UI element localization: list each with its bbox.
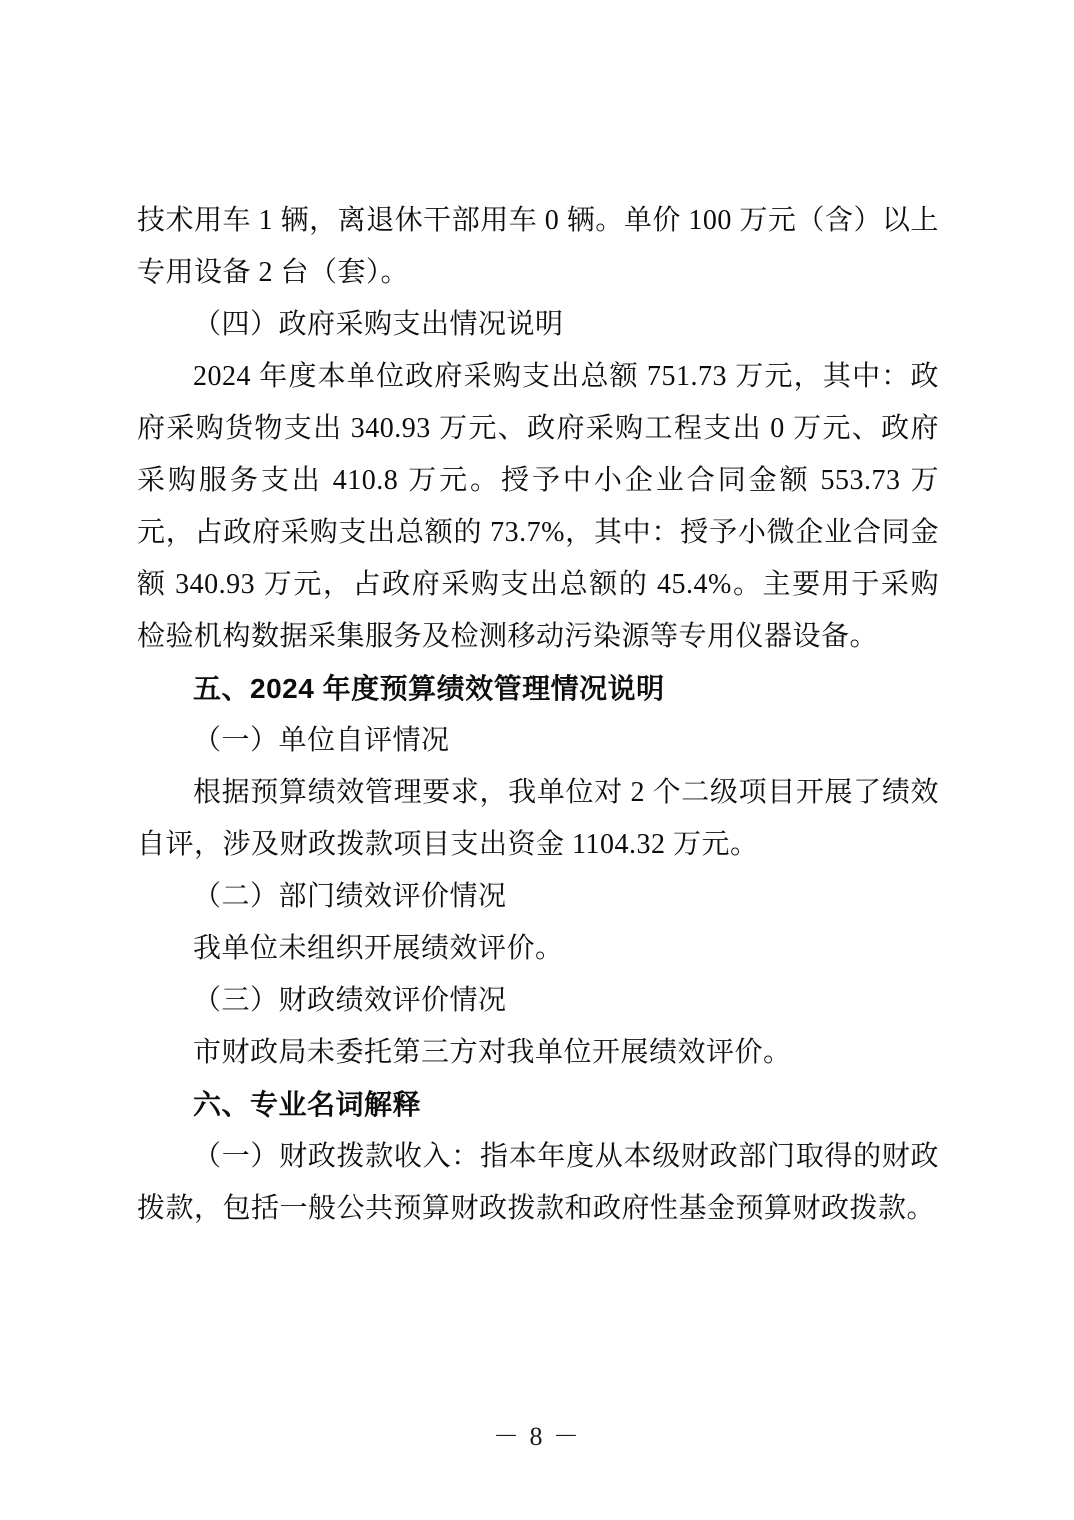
paragraph-department-evaluation-details: 我单位未组织开展绩效评价。 — [137, 923, 939, 975]
heading-section-5-performance: 五、2024 年度预算绩效管理情况说明 — [137, 663, 939, 715]
paragraph-vehicles-continuation: 技术用车 1 辆，离退休干部用车 0 辆。单价 100 万元（含）以上专用设备 … — [137, 195, 939, 299]
paragraph-self-evaluation-details: 根据预算绩效管理要求，我单位对 2 个二级项目开展了绩效自评，涉及财政拨款项目支… — [137, 767, 939, 871]
subheading-department-evaluation: （二）部门绩效评价情况 — [137, 871, 939, 923]
paragraph-procurement-details: 2024 年度本单位政府采购支出总额 751.73 万元，其中：政府采购货物支出… — [137, 351, 939, 663]
term-label: （一）财政拨款收入： — [193, 1141, 480, 1172]
document-page: 技术用车 1 辆，离退休干部用车 0 辆。单价 100 万元（含）以上专用设备 … — [0, 0, 1074, 1520]
subheading-section-4-procurement: （四）政府采购支出情况说明 — [137, 299, 939, 351]
heading-section-6-glossary: 六、专业名词解释 — [137, 1079, 939, 1131]
paragraph-term-definition: （一）财政拨款收入：指本年度从本级财政部门取得的财政拨款，包括一般公共预算财政拨… — [137, 1131, 939, 1235]
document-body: 技术用车 1 辆，离退休干部用车 0 辆。单价 100 万元（含）以上专用设备 … — [137, 195, 939, 1235]
page-number: － 8 － — [0, 1420, 1074, 1454]
subheading-finance-evaluation: （三）财政绩效评价情况 — [137, 975, 939, 1027]
subheading-self-evaluation: （一）单位自评情况 — [137, 715, 939, 767]
paragraph-finance-evaluation-details: 市财政局未委托第三方对我单位开展绩效评价。 — [137, 1027, 939, 1079]
page-footer: － 8 － — [0, 1420, 1074, 1454]
